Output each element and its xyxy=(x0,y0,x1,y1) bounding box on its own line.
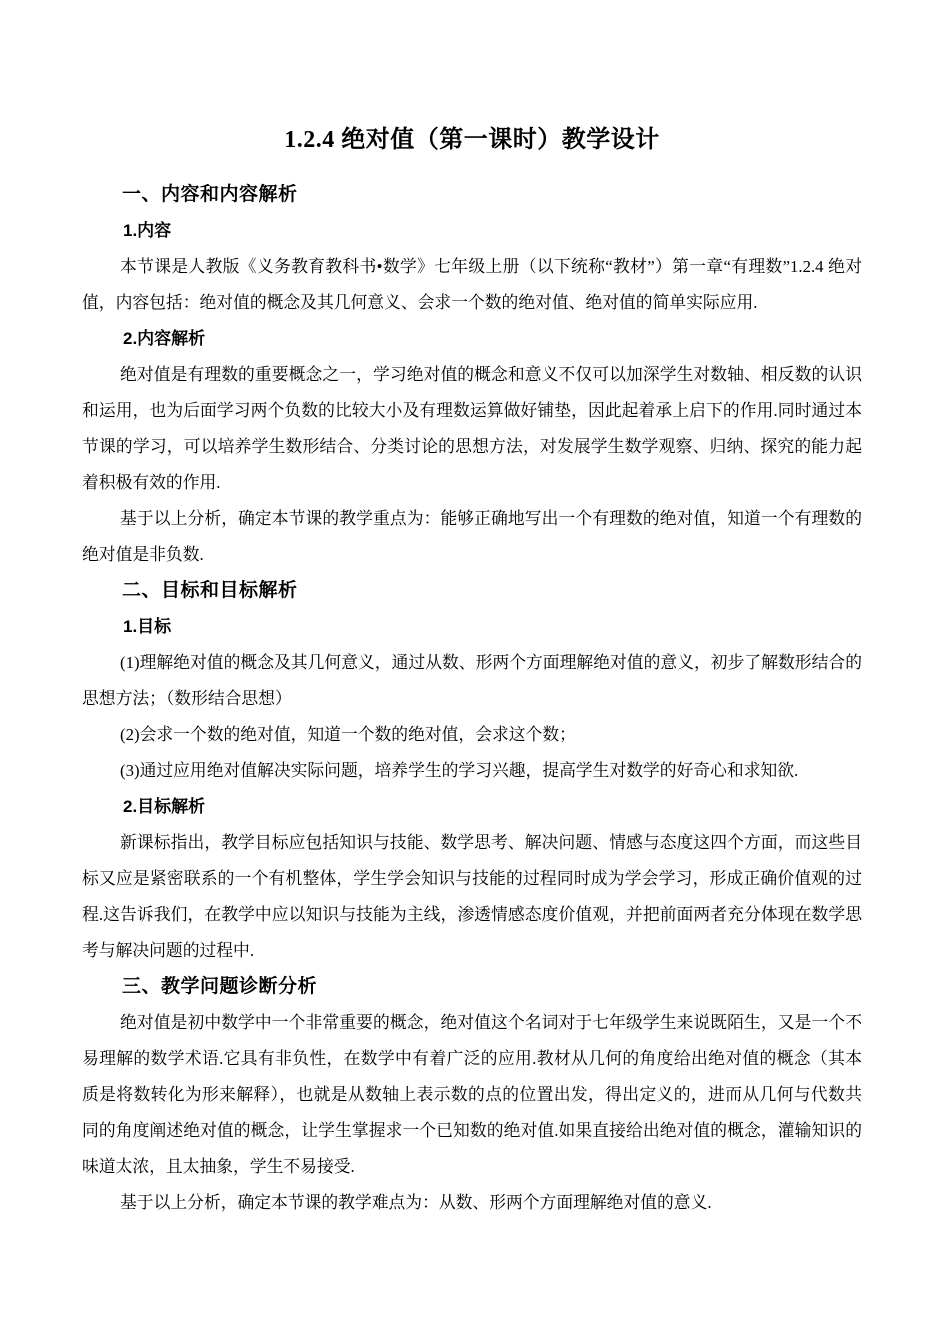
paragraph: 绝对值是有理数的重要概念之一，学习绝对值的概念和意义不仅可以加深学生对数轴、相反… xyxy=(82,357,862,501)
section-heading-2: 二、目标和目标解析 xyxy=(82,573,862,609)
paragraph: 基于以上分析，确定本节课的教学重点为：能够正确地写出一个有理数的绝对值，知道一个… xyxy=(82,501,862,573)
paragraph: (2)会求一个数的绝对值，知道一个数的绝对值，会求这个数； xyxy=(82,717,862,753)
section-heading-1: 一、内容和内容解析 xyxy=(82,177,862,213)
paragraph: (3)通过应用绝对值解决实际问题，培养学生的学习兴趣，提高学生对数学的好奇心和求… xyxy=(82,753,862,789)
document-title: 1.2.4 绝对值（第一课时）教学设计 xyxy=(82,116,862,165)
document-page: 1.2.4 绝对值（第一课时）教学设计 一、内容和内容解析1.内容本节课是人教版… xyxy=(82,116,862,1221)
subheading: 2.目标解析 xyxy=(82,789,862,825)
subheading: 2.内容解析 xyxy=(82,321,862,357)
paragraph: 绝对值是初中数学中一个非常重要的概念，绝对值这个名词对于七年级学生来说既陌生，又… xyxy=(82,1005,862,1185)
document-body: 一、内容和内容解析1.内容本节课是人教版《义务教育教科书•数学》七年级上册（以下… xyxy=(82,177,862,1221)
section-heading-3: 三、教学问题诊断分析 xyxy=(82,969,862,1005)
paragraph: 基于以上分析，确定本节课的教学难点为：从数、形两个方面理解绝对值的意义. xyxy=(82,1185,862,1221)
paragraph: 新课标指出，教学目标应包括知识与技能、数学思考、解决问题、情感与态度这四个方面，… xyxy=(82,825,862,969)
paragraph: (1)理解绝对值的概念及其几何意义，通过从数、形两个方面理解绝对值的意义，初步了… xyxy=(82,645,862,717)
paragraph: 本节课是人教版《义务教育教科书•数学》七年级上册（以下统称“教材”）第一章“有理… xyxy=(82,249,862,321)
subheading: 1.目标 xyxy=(82,609,862,645)
subheading: 1.内容 xyxy=(82,213,862,249)
